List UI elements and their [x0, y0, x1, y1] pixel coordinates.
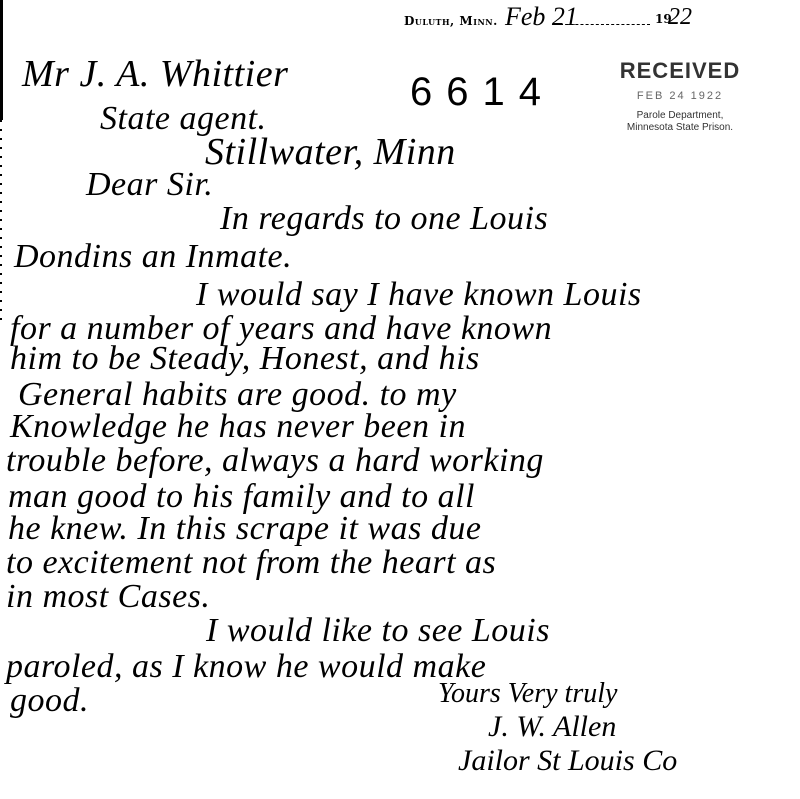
- body-line: Knowledge he has never been in: [10, 408, 466, 446]
- closing: Yours Very truly: [438, 678, 617, 710]
- stamp-department: Parole Department, Minnesota State Priso…: [600, 110, 760, 134]
- body-line: I would like to see Louis: [206, 612, 550, 650]
- body-line: he knew. In this scrape it was due: [8, 510, 481, 548]
- scan-edge-bar: [0, 0, 3, 120]
- file-number: 6614: [410, 70, 555, 115]
- address-place: Stillwater, Minn: [205, 130, 456, 174]
- stamp-title: RECEIVED: [600, 58, 760, 84]
- body-line: Dondins an Inmate.: [14, 238, 292, 276]
- body-line: paroled, as I know he would make: [6, 648, 486, 686]
- address-name: Mr J. A. Whittier: [22, 52, 288, 96]
- scan-edge-dots: [0, 120, 2, 320]
- letterhead-place: Duluth, Minn.: [404, 14, 498, 28]
- letter-date: Feb 21: [505, 2, 578, 32]
- body-line: trouble before, always a hard working: [6, 442, 544, 480]
- signature: J. W. Allen: [488, 710, 616, 744]
- stamp-date: FEB 24 1922: [600, 90, 760, 102]
- salutation: Dear Sir.: [86, 166, 213, 204]
- stamp-line-1: Parole Department,: [600, 110, 760, 122]
- body-line: good.: [10, 682, 89, 720]
- body-line: him to be Steady, Honest, and his: [10, 340, 480, 378]
- received-stamp: RECEIVED FEB 24 1922 Parole Department, …: [600, 58, 760, 134]
- year-handwritten: 22: [668, 4, 692, 31]
- body-line: in most Cases.: [6, 578, 210, 616]
- signature-title: Jailor St Louis Co: [458, 744, 677, 778]
- body-line: In regards to one Louis: [220, 200, 548, 238]
- body-line: I would say I have known Louis: [196, 276, 642, 314]
- date-rule: [560, 24, 650, 25]
- stamp-line-2: Minnesota State Prison.: [600, 122, 760, 134]
- body-line: to excitement not from the heart as: [6, 544, 496, 582]
